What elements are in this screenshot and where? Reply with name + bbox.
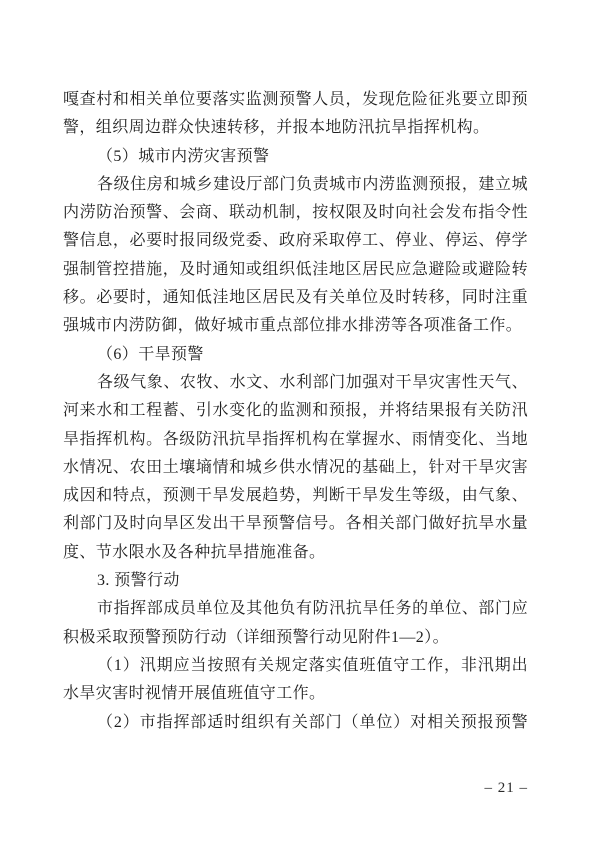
- text-line: 强城市内涝防御，做好城市重点部位排水排涝等各项准备工作。: [63, 312, 528, 340]
- text-line: 旱指挥机构。各级防汛抗旱指挥机构在掌握水、雨情变化、当地蓄: [63, 426, 528, 454]
- text-line: 嘎查村和相关单位要落实监测预警人员，发现危险征兆要立即预: [63, 86, 528, 114]
- text-line: 河来水和工程蓄、引水变化的监测和预报，并将结果报有关防汛抗: [63, 397, 528, 425]
- text-line: 成因和特点，预测干旱发展趋势，判断干旱发生等级，由气象、水: [63, 482, 528, 510]
- document-body: 嘎查村和相关单位要落实监测预警人员，发现危险征兆要立即预警，组织周边群众快速转移…: [63, 86, 528, 737]
- text-line: 水旱灾害时视情开展值班值守工作。: [63, 680, 528, 708]
- text-line: 利部门及时向旱区发出干旱预警信号。各相关部门做好抗旱水量调: [63, 510, 528, 538]
- text-line: 强制管控措施，及时通知或组织低洼地区居民应急避险或避险转: [63, 256, 528, 284]
- text-line: 各级住房和城乡建设厅部门负责城市内涝监测预报，建立城市: [63, 171, 528, 199]
- text-line: 警，组织周边群众快速转移，并报本地防汛抗旱指挥机构。: [63, 114, 528, 142]
- text-line: 警信息，必要时报同级党委、政府采取停工、停业、停运、停学等: [63, 227, 528, 255]
- page-number: – 21 –: [485, 779, 529, 797]
- text-line: 市指挥部成员单位及其他负有防汛抗旱任务的单位、部门应当: [63, 595, 528, 623]
- text-line: 3. 预警行动: [63, 567, 528, 595]
- text-line: 度、节水限水及各种抗旱措施准备。: [63, 539, 528, 567]
- text-line: （6）干旱预警: [63, 341, 528, 369]
- text-line: 移。必要时，通知低洼地区居民及有关单位及时转移，同时注重加: [63, 284, 528, 312]
- text-line: （5）城市内涝灾害预警: [63, 143, 528, 171]
- text-line: 积极采取预警预防行动（详细预警行动见附件1—2）。: [63, 624, 528, 652]
- text-line: 内涝防治预警、会商、联动机制，按权限及时向社会发布指令性预: [63, 199, 528, 227]
- text-line: 水情况、农田土壤墒情和城乡供水情况的基础上，针对干旱灾害的: [63, 454, 528, 482]
- text-line: （1）汛期应当按照有关规定落实值班值守工作，非汛期出现: [63, 652, 528, 680]
- document-page: 嘎查村和相关单位要落实监测预警人员，发现危险征兆要立即预警，组织周边群众快速转移…: [0, 0, 600, 847]
- text-line: 各级气象、农牧、水文、水利部门加强对干旱灾害性天气、江: [63, 369, 528, 397]
- text-line: （2）市指挥部适时组织有关部门（单位）对相关预报预警信: [63, 709, 528, 737]
